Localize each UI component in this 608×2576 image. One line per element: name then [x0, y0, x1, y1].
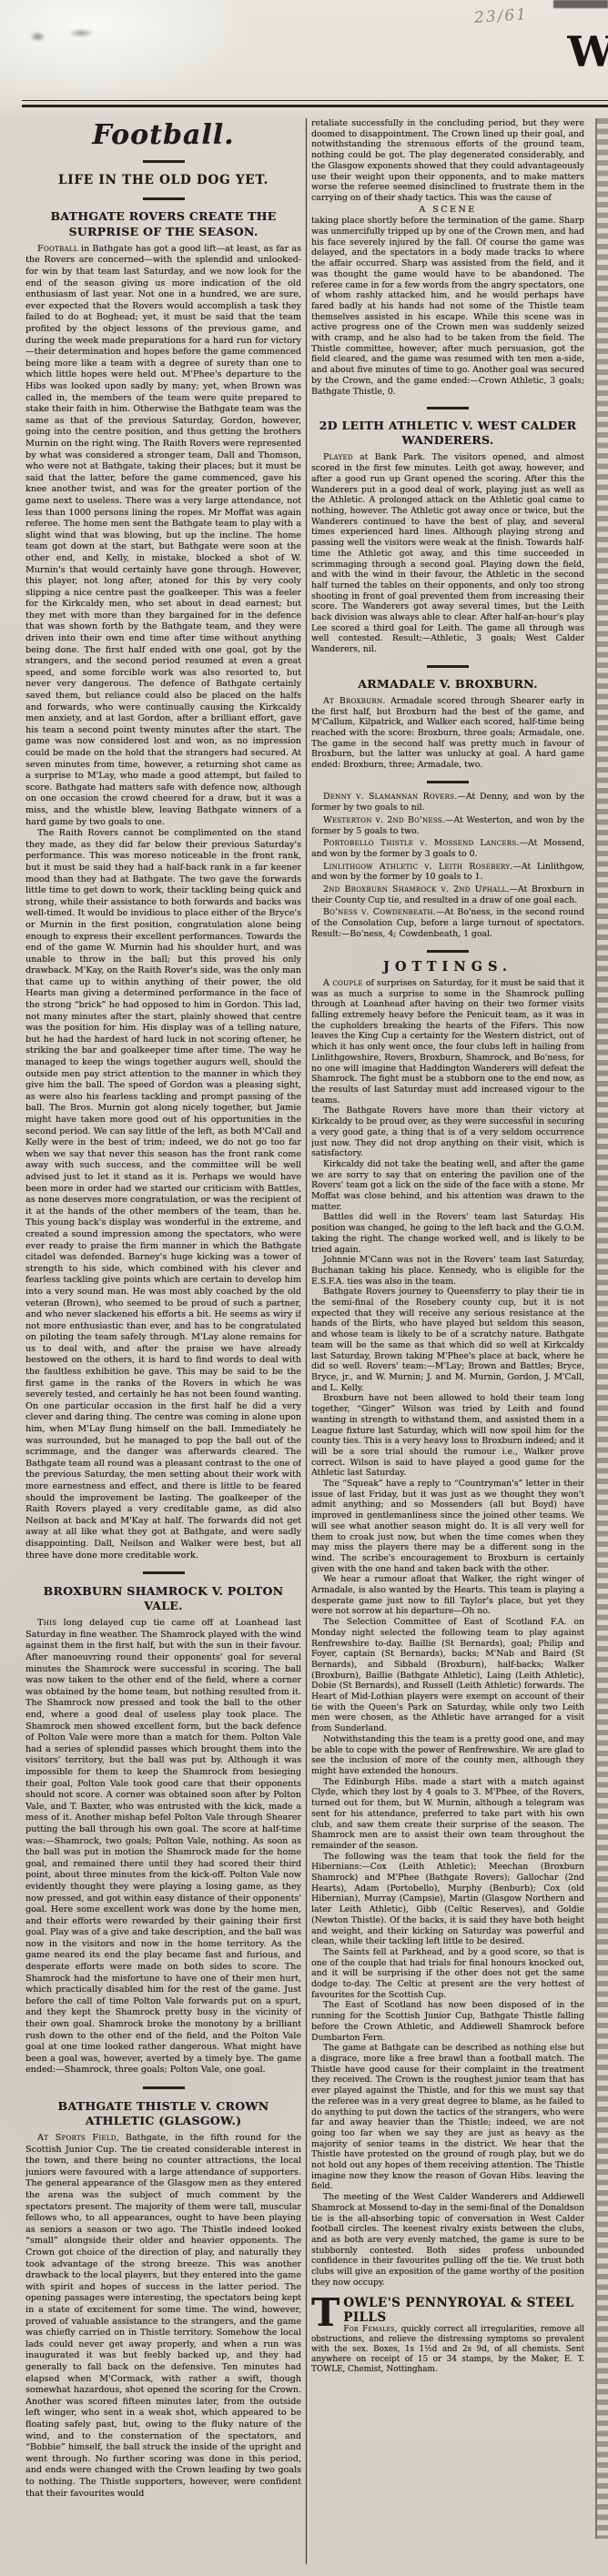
- column-divider-rule: [306, 118, 307, 2564]
- jottings-paragraph-4: Battles did well in the Rovers' team las…: [311, 1212, 584, 1255]
- block-divider: [311, 662, 584, 672]
- paragraph-lead: For Females,: [343, 2325, 397, 2334]
- article-leith-paragraph: Played at Bank Park. The visitors opened…: [311, 452, 584, 654]
- headline-armadale-v-broxburn: ARMADALE V. BROXBURN.: [319, 677, 577, 692]
- block-divider: [311, 946, 584, 957]
- paragraph-lead: At Sports Field: [37, 2133, 117, 2143]
- headline-leith-athletic-v-west-calder: 2D LEITH ATHLETIC V. WEST CALDER WANDERE…: [319, 419, 577, 449]
- block-divider: [25, 157, 301, 168]
- jottings-paragraph-3: Kirkcaldy did not take the beating well,…: [311, 1159, 584, 1213]
- article-thistle-continuation: retaliate successfully in the concluding…: [311, 118, 584, 204]
- page-edge-mark: [553, 0, 608, 8]
- jottings-paragraph-11: Notwithstanding this the team is a prett…: [311, 1734, 584, 1777]
- headline-bathgate-thistle-v-crown-athletic: BATHGATE THISTLE V. CROWN ATHLETIC (GLAS…: [33, 2099, 294, 2129]
- page-content: Football.LIFE IN THE OLD DOG YET.BATHGAT…: [25, 118, 596, 2564]
- heading-jottings: JOTTINGS.: [311, 962, 584, 973]
- masthead-letter-fragment: W: [567, 27, 608, 76]
- paragraph-lead: This: [37, 1618, 56, 1628]
- jottings-paragraph-15: The East of Scotland has now been dispos…: [311, 2000, 584, 2043]
- divider-rule: [427, 781, 469, 783]
- result-item-boness: Bo'ness v. Cowdenbeath.—At Bo'ness, in t…: [311, 907, 584, 939]
- ink-smudge: [25, 24, 107, 47]
- divider-rule: [427, 950, 469, 953]
- jottings-paragraph-2: The Bathgate Rovers have more than their…: [311, 1106, 584, 1159]
- result-item-portobello: Portobello Thistle v. Mossend Lancers.—A…: [311, 838, 584, 859]
- newspaper-page: 23/61 W Football.LIFE IN THE OLD DOG YET…: [0, 0, 608, 2576]
- result-item-linlithgow: Linlithgow Athletic v. Leith Rosebery.—A…: [311, 862, 584, 883]
- jottings-paragraph-14: The Saints fell at Parkhead, and by a go…: [311, 1947, 584, 2001]
- handwritten-annotation: 23/61: [473, 5, 528, 27]
- paragraph-lead: At Broxburn.: [323, 696, 386, 706]
- result-item-westerton: Westerton v. 2nd Bo'ness.—At Westerton, …: [311, 815, 584, 836]
- paragraph-lead: Bo'ness v. Cowdenbeath.: [323, 907, 436, 917]
- paragraph-lead: A couple: [323, 978, 363, 988]
- block-divider: [25, 194, 301, 206]
- result-item-broxburn-shamrock: 2nd Broxburn Shamrock v. 2nd Uphall.—At …: [311, 884, 584, 905]
- adjacent-column-fragment: [595, 118, 608, 2539]
- article-thistle-scene-paragraph: taking place shortly before the terminat…: [311, 216, 584, 397]
- article-rovers-paragraph-2: The Raith Rovers cannot be complimented …: [25, 828, 301, 1561]
- jottings-paragraph-1: A couple of surprises on Saturday, for i…: [311, 978, 584, 1106]
- paragraph-lead: Denny v. Slamannan Rovers.: [323, 792, 458, 802]
- paragraph-lead: Portobello Thistle v. Mossend Lancers.: [323, 838, 520, 848]
- block-divider: [25, 2083, 301, 2095]
- paragraph-lead: Football: [37, 244, 78, 254]
- article-armadale-paragraph: At Broxburn. Armadale scored through She…: [311, 696, 584, 771]
- jottings-paragraph-5: Johnnie M'Cann was not in the Rovers' te…: [311, 1255, 584, 1287]
- section-title-football: Football.: [25, 120, 301, 150]
- headline-bathgate-rovers-surprise: BATHGATE ROVERS CREATE THE SURPRISE OF T…: [33, 209, 294, 239]
- divider-rule: [143, 197, 185, 200]
- block-divider: [311, 403, 584, 414]
- ad-towles-pills: TOWLE'S PENNYROYAL & STEEL PILLSFor Fema…: [311, 2297, 584, 2375]
- right-column: retaliate successfully in the concluding…: [311, 118, 584, 2564]
- divider-rule: [427, 665, 469, 668]
- paragraph-lead: Played: [323, 452, 353, 462]
- divider-rule: [143, 1571, 185, 1574]
- jottings-paragraph-13: The following was the team that took the…: [311, 1852, 584, 1947]
- jottings-paragraph-10: The Selection Committee of East of Scotl…: [311, 1617, 584, 1734]
- headline-life-in-the-old-dog-yet: LIFE IN THE OLD DOG YET.: [25, 173, 301, 187]
- article-rovers-paragraph-1: Football in Bathgate has got a good lift…: [25, 244, 301, 828]
- block-divider: [311, 777, 584, 788]
- jottings-paragraph-12: The Edinburgh Hibs. made a start with a …: [311, 1777, 584, 1852]
- jottings-paragraph-6: Bathgate Rovers journey to Queensferry t…: [311, 1287, 584, 1393]
- ad-title: OWLE'S PENNYROYAL & STEEL PILLS: [311, 2297, 584, 2325]
- top-double-rule: [22, 100, 608, 110]
- divider-rule: [143, 160, 185, 163]
- paragraph-lead: Linlithgow Athletic v. Leith Rosebery.: [323, 862, 513, 872]
- jottings-paragraph-16: The game at Bathgate can be described as…: [311, 2043, 584, 2192]
- paragraph-lead: Westerton v. 2nd Bo'ness.: [323, 815, 445, 825]
- jottings-paragraph-7: Broxburn have not been allowed to hold t…: [311, 1393, 584, 1479]
- article-thistle-paragraph: At Sports Field, Bathgate, in the fifth …: [25, 2133, 301, 2500]
- paragraph-lead: 2nd Broxburn Shamrock v. 2nd Uphall.: [323, 884, 510, 894]
- divider-rule: [143, 2086, 185, 2089]
- ad-body: For Females, quickly correct all irregul…: [311, 2325, 584, 2375]
- result-item-denny: Denny v. Slamannan Rovers.—At Denny, and…: [311, 792, 584, 813]
- headline-broxburn-shamrock-v-polton-vale: BROXBURN SHAMROCK V. POLTON VALE.: [33, 1584, 294, 1614]
- divider-rule: [427, 407, 469, 409]
- jottings-paragraph-8: The “Squeak” have a reply to “Countryman…: [311, 1479, 584, 1574]
- left-column: Football.LIFE IN THE OLD DOG YET.BATHGAT…: [25, 118, 301, 2564]
- inline-heading-a-scene: A SCENE: [311, 205, 584, 216]
- jottings-paragraph-17: The meeting of the West Calder Wanderers…: [311, 2192, 584, 2288]
- block-divider: [25, 1568, 301, 1580]
- ad-dropcap: T: [311, 2298, 339, 2328]
- jottings-paragraph-9: We hear a rumour afloat that Walker, the…: [311, 1574, 584, 1617]
- article-shamrock-paragraph: This long delayed cup tie came off at Lo…: [25, 1618, 301, 2076]
